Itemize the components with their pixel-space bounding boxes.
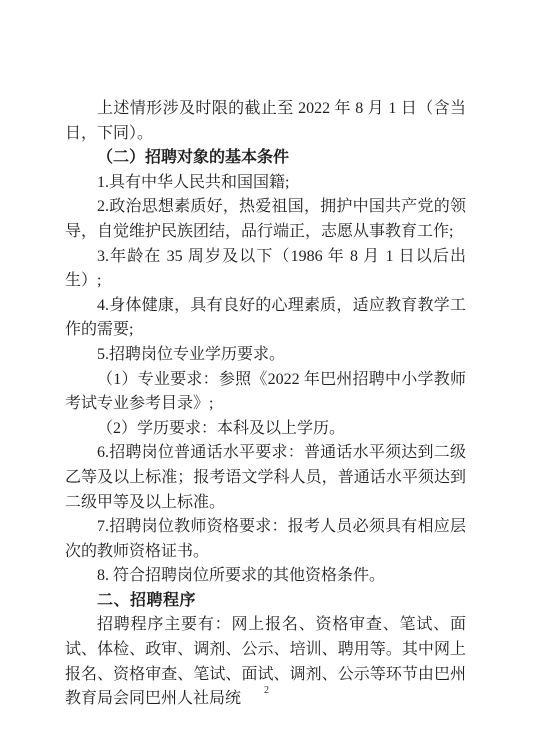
section-heading-basic-conditions: （二）招聘对象的基本条件 <box>65 146 466 171</box>
paragraph-condition-3-age: 3.年龄在 35 周岁及以下（1986 年 8 月 1 日以后出生）; <box>65 245 466 294</box>
page-number: 2 <box>0 685 533 697</box>
paragraph-condition-4-health: 4.身体健康，具有良好的心理素质，适应教育教学工作的需要; <box>65 294 466 343</box>
paragraph-condition-1-nationality: 1.具有中华人民共和国国籍; <box>65 171 466 196</box>
paragraph-procedure-overview: 招聘程序主要有：网上报名、资格审查、笔试、面试、体检、政审、调剂、公示、培训、聘… <box>65 613 466 711</box>
section-heading-recruitment-procedure: 二、招聘程序 <box>65 589 466 614</box>
paragraph-condition-8-other: 8. 符合招聘岗位所要求的其他资格条件。 <box>65 564 466 589</box>
paragraph-condition-7-teacher-cert: 7.招聘岗位教师资格要求：报考人员必须具有相应层次的教师资格证书。 <box>65 515 466 564</box>
paragraph-condition-5-qualification: 5.招聘岗位专业学历要求。 <box>65 343 466 368</box>
paragraph-condition-2-political: 2.政治思想素质好，热爱祖国，拥护中国共产党的领导，自觉维护民族团结，品行端正，… <box>65 195 466 244</box>
paragraph-condition-6-mandarin: 6.招聘岗位普通话水平要求：普通话水平须达到二级乙等及以上标准；报考语文学科人员… <box>65 441 466 515</box>
paragraph-condition-5-1-major: （1）专业要求：参照《2022 年巴州招聘中小学教师考试专业参考目录》; <box>65 368 466 417</box>
document-page: 上述情形涉及时限的截止至 2022 年 8 月 1 日（含当日，下同）。 （二）… <box>0 0 533 753</box>
paragraph-deadline-note: 上述情形涉及时限的截止至 2022 年 8 月 1 日（含当日，下同）。 <box>65 97 466 146</box>
paragraph-condition-5-2-degree: （2）学历要求：本科及以上学历。 <box>65 417 466 442</box>
